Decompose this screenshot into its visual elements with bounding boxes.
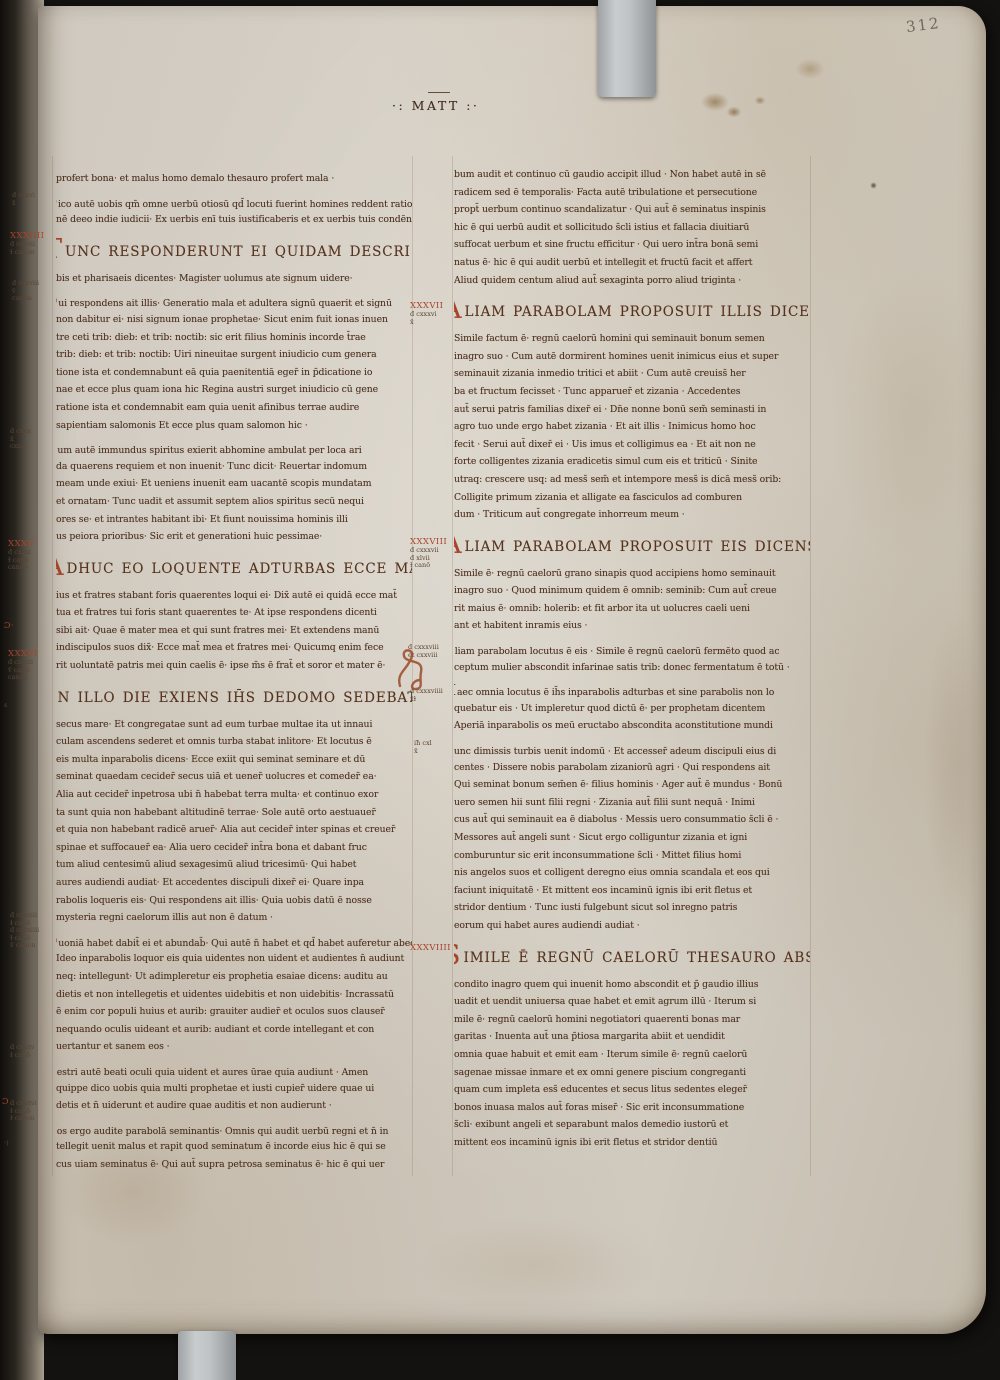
canon-note: đ cxxviii (12, 280, 39, 288)
rubric-initial: A (454, 529, 465, 560)
facing-page-mark: ɔ· (4, 622, 14, 631)
heading-text: IMILE Ē REGNŪ CAELORŪ THESAURO ABS (464, 950, 811, 966)
text-line: nē deeo indie iudicii· Ex uerbis enī tui… (56, 211, 412, 229)
text-line: tua et fratres tui foris stant quaerente… (56, 604, 412, 622)
stain (924, 606, 988, 926)
text-line: eorum qui habet aures audiendi audiat · (454, 917, 810, 935)
text-line: natus ē· hic ē qui audit uerbū et intell… (454, 254, 810, 272)
text-line: Simile factum ē· regnū caelorū homini qu… (454, 330, 810, 348)
text-line: ceptum mulier abscondit infarinae satis … (454, 659, 810, 677)
section-heading: ALIAM PARABOLAM PROPOSUIT ILLIS DICENS (454, 295, 810, 327)
text-line: suffocat uerbum et sine fructu efficitur… (454, 236, 810, 254)
outer-margin-note: đ cxxxvɫ canō (10, 1044, 35, 1059)
ink-stain (726, 106, 742, 118)
text-line: Dico autē uobis qm̄ omne uerbū otiosū qd… (56, 194, 412, 212)
canon-note: canon (8, 564, 34, 572)
text-line: condito inagro quem qui inuenit homo abs… (454, 976, 810, 994)
text-line: spinae et suffocauer̄ ea· Alia uero ceci… (56, 839, 412, 857)
text-block: Qui respondens ait illis· Generatio mala… (56, 293, 412, 434)
rubric-initial: T (56, 234, 65, 265)
text-block: Vos ergo audite parabolā seminantis· Omn… (56, 1121, 412, 1170)
text-line: Tunc dimissis turbis uenit indomū · Et a… (454, 741, 810, 759)
text-line: ē enim cor populi huius et aurib: grauit… (56, 1003, 412, 1021)
text-line: dietis et non intellegetis et uidentes u… (56, 986, 412, 1004)
text-line: tum aliud centesimū aliud sexagesimū ali… (56, 856, 412, 874)
text-line: rit maius ē· omnib: holerib: et fit arbo… (454, 600, 810, 618)
text-line: nequando oculis uideant et aurib: audian… (56, 1021, 412, 1039)
chapter-number: xxxviiii (410, 944, 451, 953)
text-line: Cum autē immundus spiritus exierit abhom… (56, 440, 412, 458)
text-block: Simile ē· regnū caelorū grano sinapis qu… (454, 565, 810, 635)
para-initial: Q (56, 292, 58, 310)
canon-note: ɫ canō (410, 562, 447, 570)
heading-text: LIAM PARABOLAM PROPOSUIT EIS DICENS (465, 539, 811, 555)
text-line: Haec omnia locutus ē ih̄s inparabolis ad… (454, 682, 810, 700)
text-block: condito inagro quem qui inuenit homo abs… (454, 976, 810, 1152)
outer-margin-note: xxxvđ cxxxiɫ canōcanon (8, 540, 34, 572)
text-line: rit uoluntatē patris mei quin caelis ē· … (56, 657, 412, 675)
para-initial: V (56, 1061, 57, 1079)
text-line: propt̄ uerbum continuo scandalizatur · Q… (454, 201, 810, 219)
text-line: Aliam parabolam locutus ē eis · Simile ē… (454, 641, 810, 659)
text-line: et ornatam· Tunc uadit et assumit septem… (56, 493, 412, 511)
text-line: uertantur et sanem eos · (56, 1038, 412, 1056)
text-line: neq: intellegunt· Ut adimpleretur eis pr… (56, 968, 412, 986)
text-line: us peiora prioribus· Sic erit et generat… (56, 528, 412, 546)
text-block: bum audit et continuo cū gaudio accipit … (454, 166, 810, 289)
center-margin-note: xxxviiii (410, 944, 451, 953)
text-line: seminauit zizania inmedio tritici et abi… (454, 365, 810, 383)
text-line: Vestri autē beati oculi quia uident et a… (56, 1062, 412, 1080)
text-line: Qui respondens ait illis· Generatio mala… (56, 293, 412, 311)
text-line: da quaerens requiem et non inuenit· Tunc… (56, 458, 412, 476)
title-overline (428, 92, 450, 93)
text-block: Dico autē uobis qm̄ omne uerbū otiosū qd… (56, 194, 412, 229)
canon-note: đ cxxxvi (410, 311, 443, 319)
text-line: bis et pharisaeis dicentes· Magister uol… (56, 270, 412, 288)
text-line: ta sunt quia non habebant altitudinē ter… (56, 804, 412, 822)
text-line: mile ē· regnū caelorū homini negotiatori… (454, 1011, 810, 1029)
text-line: hic ē qui uerbū audit et sollicitudo s̄c… (454, 219, 810, 237)
text-line: comburuntur sic erit inconsummatione s̄c… (454, 847, 810, 865)
text-line: uadit et uendit uniuersa quae habet et e… (454, 993, 810, 1011)
text-line: Messores aut̄ angeli sunt · Sicut ergo c… (454, 829, 810, 847)
section-heading: TUNC RESPONDERUNT EI QUIDAM DESCRI (56, 235, 412, 267)
text-line: sagenae missae inmare et ex omni genere … (454, 1064, 810, 1082)
rubric-initial: A (454, 294, 465, 325)
text-line: profert bona· et malus homo demalo thesa… (56, 170, 412, 188)
text-line: Colligite primum zizania et alligate ea … (454, 489, 810, 507)
heading-text: LIAM PARABOLAM PROPOSUIT ILLIS DICENS (465, 304, 811, 320)
section-heading: IN ILLO DIE EXIENS IH̄S DEDOMO SEDEBAT (56, 681, 412, 713)
center-margin-note: xxxviiiđ cxxxviiđ xlviiɫ canō (410, 538, 447, 570)
text-line: centes · Dissere nobis parabolam zizanio… (454, 759, 810, 777)
para-initial: D (56, 193, 58, 211)
text-block: profert bona· et malus homo demalo thesa… (56, 170, 412, 188)
canon-note: x̄ (12, 200, 35, 208)
canon-note: ·) (4, 1140, 9, 1148)
text-block: Simile factum ē· regnū caelorū homini qu… (454, 330, 810, 524)
canon-note: x̄ (414, 748, 432, 756)
text-line: detis et n̄ uiderunt et audire quae audi… (56, 1097, 412, 1115)
text-line: Alia aut cecider̄ inpetrosa ubi n̄ habeb… (56, 786, 412, 804)
text-block: Tunc dimissis turbis uenit indomū · Et a… (454, 741, 810, 935)
chapter-number: ɔ (2, 1098, 9, 1107)
text-line: radicem sed ē temporalis· Facta autē tri… (454, 184, 810, 202)
text-line: agro tuo unde ergo habet zizania · Et ai… (454, 418, 810, 436)
canon-note: cxxx (10, 443, 31, 451)
center-margin-note: iħ cxlx̄ (414, 740, 432, 755)
water-stain (828, 266, 998, 566)
text-line: ratione ista et condemnabit eam quia uen… (56, 399, 412, 417)
text-line: seminat quaedam cecider̄ secus uiā et ue… (56, 768, 412, 786)
outer-margin-note: đ cxxxx̄cxxx (10, 428, 31, 451)
para-initial: H (454, 681, 457, 699)
text-line: nae et ecce plus quam iona hic Regina au… (56, 381, 412, 399)
text-line: Aperiā inparabolis os meū eructabo absco… (454, 717, 810, 735)
text-line: cus aut̄ qui seminauit ea ē diabolus · M… (454, 811, 810, 829)
text-block: bis et pharisaeis dicentes· Magister uol… (56, 270, 412, 288)
ruling-line (52, 156, 53, 1176)
canon-note: v̄ canon (10, 942, 39, 950)
ink-stain (700, 92, 730, 112)
text-line: Ideo inparabolis loquor eis quia uidente… (56, 950, 412, 968)
text-line: tre ceti trib: dieb: et trib: noctib: si… (56, 329, 412, 347)
canon-note: x̄ (410, 319, 443, 327)
outer-margin-note: xxxiiiiđ cxxviiɫ canon (10, 232, 44, 256)
text-line: dum · Triticum aut̄ congregate inhorreum… (454, 506, 810, 524)
ruling-line (810, 156, 811, 1176)
text-block: Aliam parabolam locutus ē eis · Simile ē… (454, 641, 810, 676)
text-line: inagro suo · Cum autē dormirent homines … (454, 348, 810, 366)
weight-strip-bottom (178, 1331, 236, 1380)
text-line: quippe dico uobis quia multi prophetae e… (56, 1080, 412, 1098)
title-ornament: ·: (392, 98, 405, 113)
text-line: bum audit et continuo cū gaudio accipit … (454, 166, 810, 184)
text-line: aures audiendi audiat· Et accedentes dis… (56, 874, 412, 892)
text-line: secus mare· Et congregatae sunt ad eum t… (56, 716, 412, 734)
text-line: sapientiam salomonis Et ecce plus quam s… (56, 417, 412, 435)
text-block: secus mare· Et congregatae sunt ad eum t… (56, 716, 412, 927)
text-line: Qui seminat bonum sem̄en ē· filius homin… (454, 776, 810, 794)
canon-note: canon (8, 674, 38, 682)
text-line: culam ascendens sederet et omnis turba s… (56, 733, 412, 751)
text-line: Vos ergo audite parabolā seminantis· Omn… (56, 1121, 412, 1139)
center-margin-note: xxxviiđ cxxxvix̄ (410, 302, 443, 326)
pen-flourish (394, 646, 428, 696)
ruling-line (452, 156, 453, 1176)
para-initial: C (56, 439, 57, 457)
ink-stain (754, 96, 766, 105)
text-line: Aliud quidem centum aliud aut̄ sexaginta… (454, 272, 810, 290)
text-line: eis multa inparabolis dicens· Ecce exiit… (56, 751, 412, 769)
text-line: meam unde exiui· Et ueniens inuenit eam … (56, 475, 412, 493)
canon-note: ɫ canon (10, 1115, 37, 1123)
text-line: faciunt iniquitatē · Et mittent eos inca… (454, 882, 810, 900)
para-initial: V (56, 1120, 57, 1138)
stain (794, 58, 826, 80)
canon-note: ɫ canō (10, 1052, 35, 1060)
facing-page-mark: ɔ (2, 1098, 9, 1107)
title-ornament: :· (466, 98, 479, 113)
text-line: Simile ē· regnū caelorū grano sinapis qu… (454, 565, 810, 583)
text-line: omnia quae habuit et emit eam · Iterum s… (454, 1046, 810, 1064)
photograph-background: ·: MATT :· 312 profert bona· et malus ho… (0, 0, 1000, 1380)
text-block: Cum autē immundus spiritus exierit abhom… (56, 440, 412, 546)
text-line: ba et fructum fecisset · Tunc apparuer̄ … (454, 383, 810, 401)
text-line: forte colligentes zizania eradicetis sim… (454, 453, 810, 471)
weight-strip-top (598, 0, 656, 97)
outer-margin-note: xxxviđ cxxxiiv̄ canōcanon (8, 650, 38, 682)
running-title: ·: MATT :· (392, 98, 479, 113)
section-heading: SIMILE Ē REGNŪ CAELORŪ THESAURO ABS (454, 941, 810, 973)
section-heading: ADHUC EO LOQUENTE ADTURBAS ECCE MAT̄ (56, 552, 412, 584)
left-text-column: profert bona· et malus homo demalo thesa… (56, 170, 412, 1170)
section-heading: ALIAM PARABOLAM PROPOSUIT EIS DICENS (454, 530, 810, 562)
canon-note: ɫ canon (10, 249, 44, 257)
rubric-initial: A (56, 551, 67, 582)
text-line: ores se· et intrantes habitant ibi· Et f… (56, 511, 412, 529)
text-line: mittent eos incaminū ignis ibi erit flet… (454, 1134, 810, 1152)
text-line: ius et fratres stabant foris quaerentes … (56, 587, 412, 605)
text-line: cus uiam seminatus ē· Qui aut̄ supra pet… (56, 1156, 412, 1170)
text-line: indiscipulos suos dix̄· Ecce mat̄ mea et… (56, 639, 412, 657)
text-line: non dabitur ei· nisi signum ionae prophe… (56, 311, 412, 329)
rubric-initial: S (454, 940, 464, 971)
text-line: sibi ait· Quae ē mater mea et qui sunt f… (56, 622, 412, 640)
text-line: inagro suo · Quod minimum quidem ē omnib… (454, 582, 810, 600)
outer-margin-note: đ cxxvix̄ (12, 192, 35, 207)
para-initial: A (454, 640, 455, 658)
text-line: aut̄ serui patris familias dixer̄ ei · D… (454, 401, 810, 419)
text-line: et quia non habebant radicē aruer̄· Alia… (56, 821, 412, 839)
heading-text: DHUC EO LOQUENTE ADTURBAS ECCE MAT̄ (67, 561, 413, 577)
text-block: Vestri autē beati oculi quia uident et a… (56, 1062, 412, 1115)
canon-note: canon (12, 295, 39, 303)
canon-note: s (4, 702, 7, 710)
text-line: mysteria regni caelorum illis aut non ē … (56, 909, 412, 927)
text-line: quam cum impleta ess̄ educentes et secus… (454, 1081, 810, 1099)
outer-margin-note: đ cxxxviɫ canōɫ canon (10, 1100, 37, 1123)
outer-margin-note: đ cxxviiiv̄canon (12, 280, 39, 303)
speck (870, 182, 877, 189)
text-block: Haec omnia locutus ē ih̄s inparabolis ad… (454, 682, 810, 735)
text-line: nis angelos suos et colligent deregno ei… (454, 864, 810, 882)
heading-text: UNC RESPONDERUNT EI QUIDAM DESCRI (65, 244, 411, 260)
text-line: garitas · Inuenta aut̄ una p̄tiosa marga… (454, 1028, 810, 1046)
text-line: quebatur eis · Ut impleretur quod dictū … (454, 700, 810, 718)
text-line: tione ista et condemnabunt eā quia paeni… (56, 364, 412, 382)
text-line: stridor dentium · Tunc iusti fulgebunt s… (454, 899, 810, 917)
facing-page-mark: s (4, 702, 7, 710)
outer-margin-note: đ cxxxiiiɫ canōđ cxxxiiiiɫ canōv̄ canon (10, 912, 39, 950)
text-line: rabolis loqueris eis· Qui respondens ait… (56, 892, 412, 910)
running-title-text: MATT (412, 98, 460, 113)
text-line: uero semen hii sunt filii regni · Zizani… (454, 794, 810, 812)
text-line: s̄cli· exibunt angeli et separabunt malo… (454, 1116, 810, 1134)
facing-page-mark: ·) (4, 1140, 9, 1148)
heading-text: N ILLO DIE EXIENS IH̄S DEDOMO SEDEBAT (58, 690, 412, 706)
right-text-column: bum audit et continuo cū gaudio accipit … (454, 166, 810, 1176)
text-line: Quoniā habet dabit̄ ei et abundab̄· Qui … (56, 933, 412, 951)
text-block: Quoniā habet dabit̄ ei et abundab̄· Qui … (56, 933, 412, 1056)
text-line: ant et habitent inramis eius · (454, 617, 810, 635)
water-stain (418, 1216, 658, 1316)
text-line: trib: dieb: et trib: noctib: Uiri nineui… (56, 346, 412, 364)
text-line: utraq: crescere usq: ad mess̄ sem̄ et in… (454, 471, 810, 489)
canon-note: x̄ɫ (410, 696, 443, 704)
text-block: ius et fratres stabant foris quaerentes … (56, 587, 412, 675)
chapter-number: ɔ· (4, 622, 14, 631)
para-initial: Q (56, 932, 58, 950)
text-line: bonos inuasa malos aut̄ foras miser̄ · S… (454, 1099, 810, 1117)
text-line: tellegit uenit malus et rapit quod semin… (56, 1138, 412, 1156)
text-line: fecit · Serui aut̄ dixer̄ ei · Uis imus … (454, 436, 810, 454)
